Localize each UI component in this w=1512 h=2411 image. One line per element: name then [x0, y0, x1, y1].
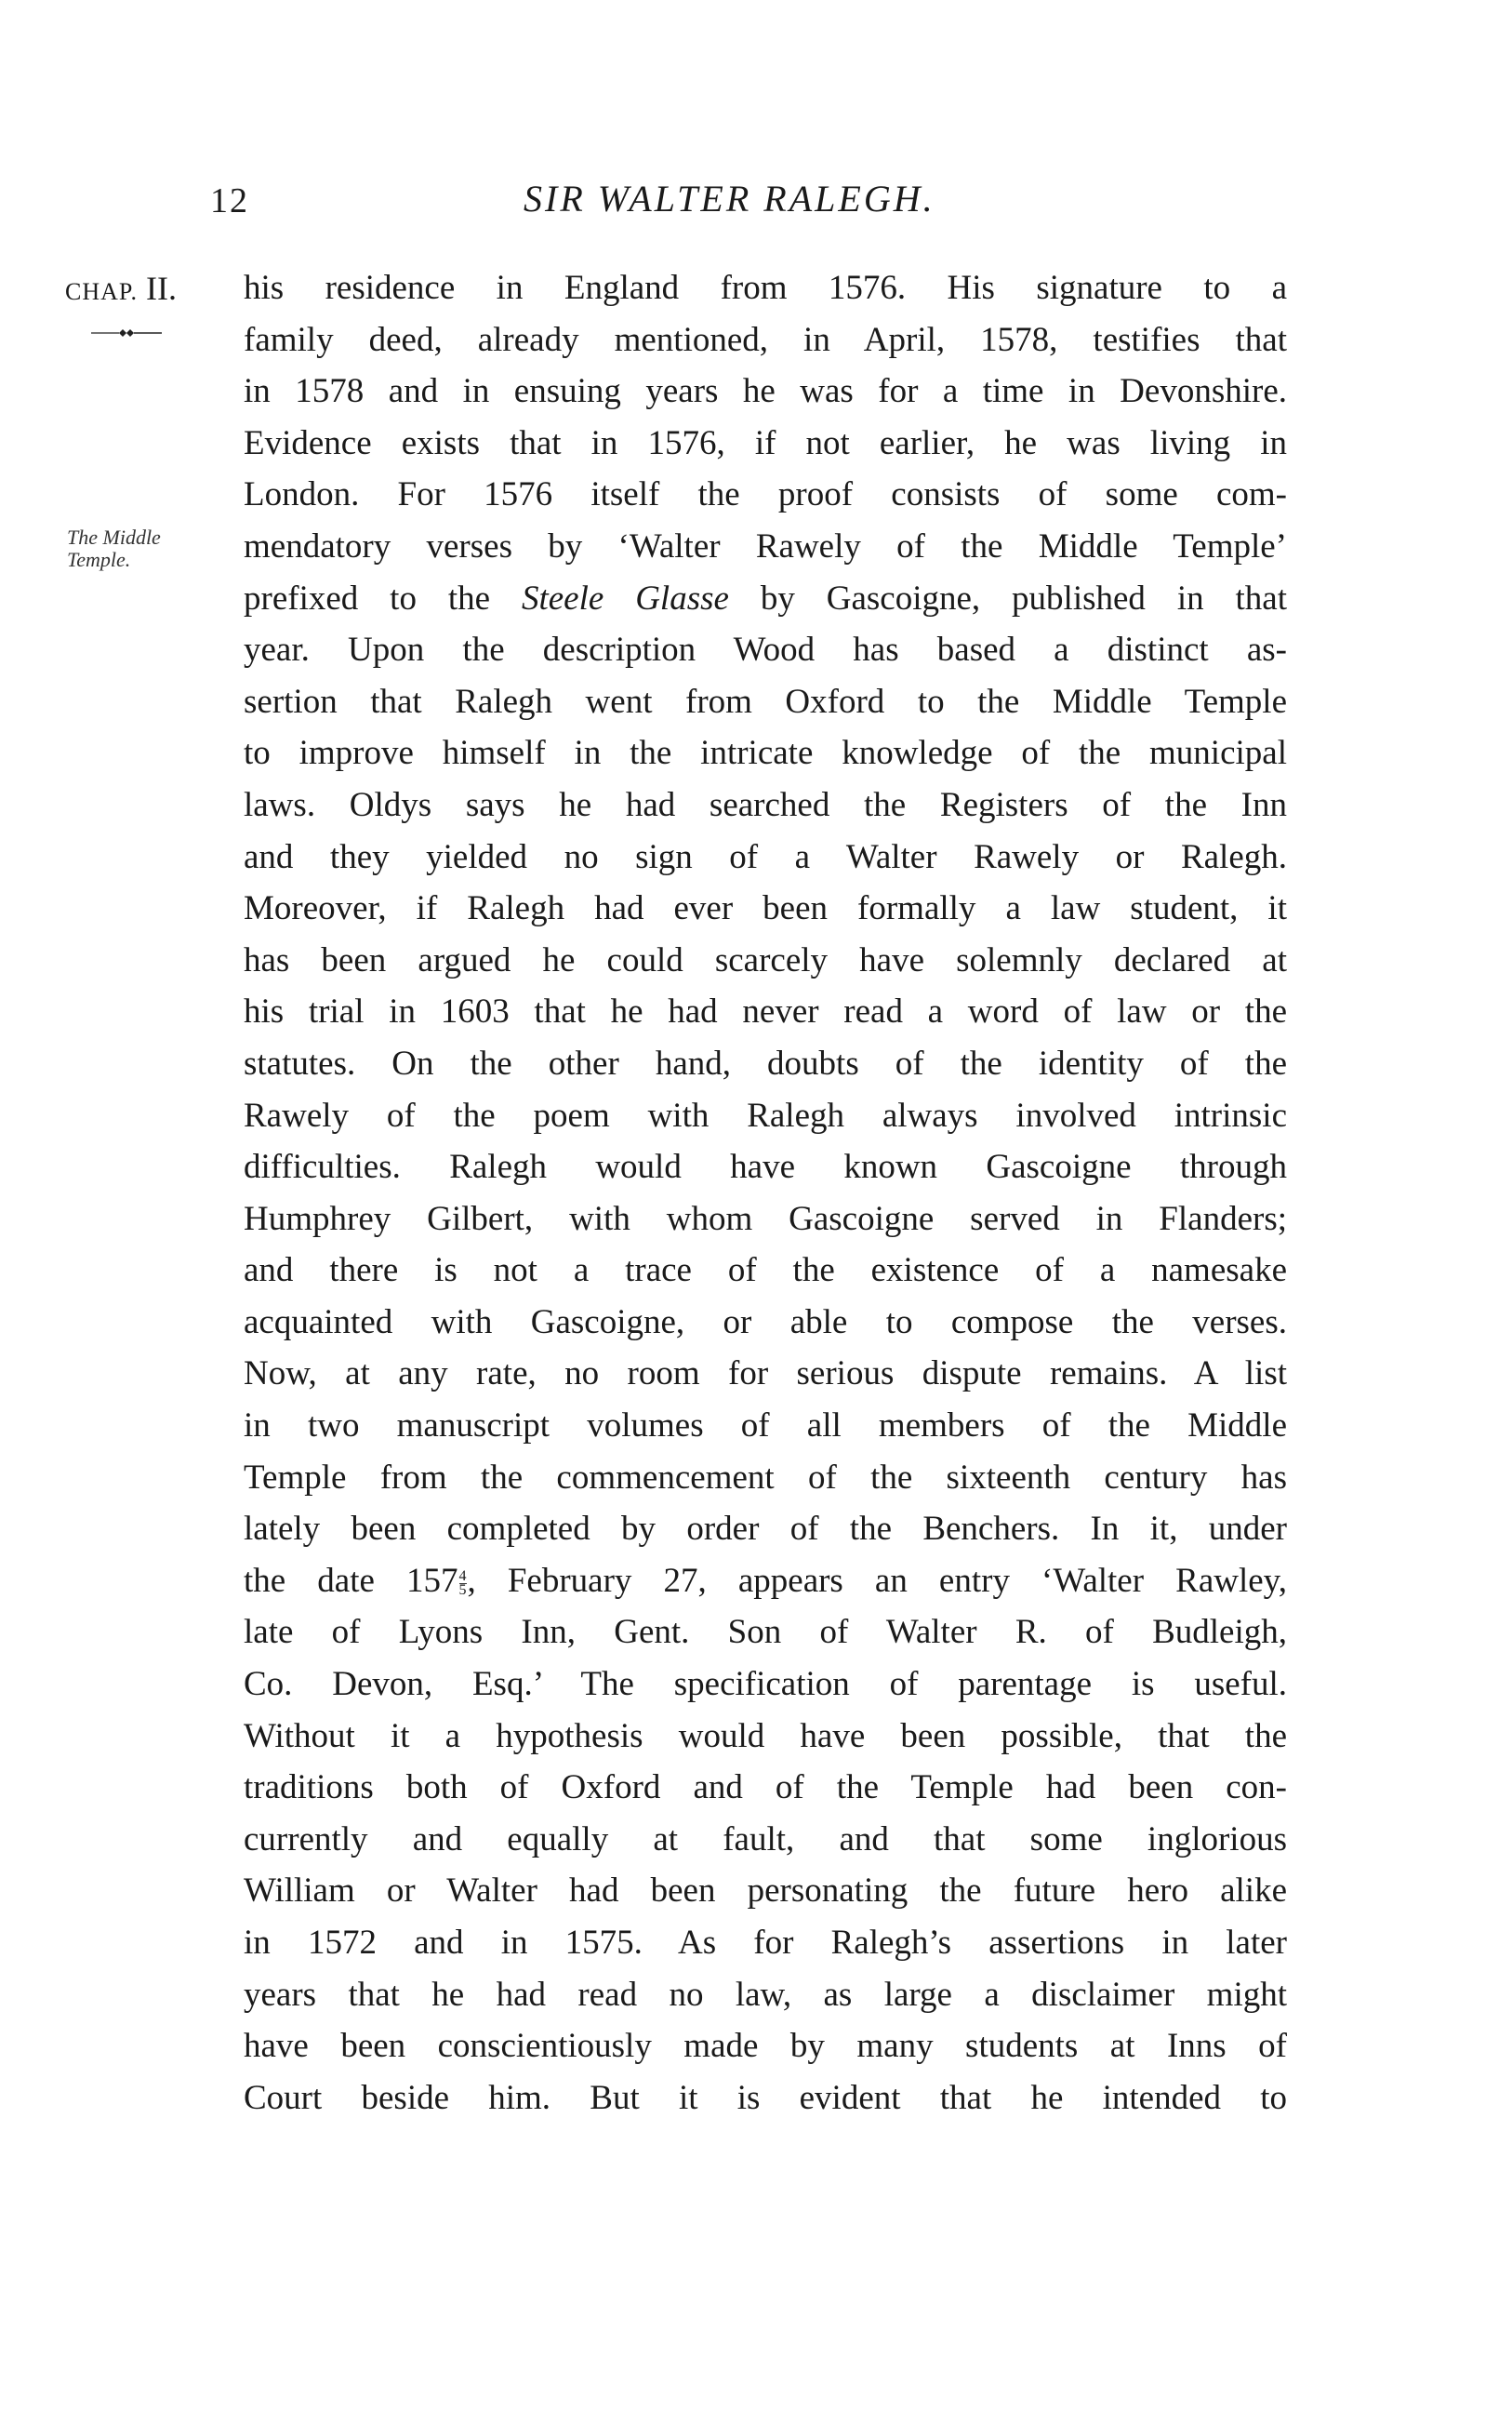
- text-line: Rawely of the poem with Ralegh always in…: [244, 1090, 1287, 1142]
- book-page: 12 SIR WALTER RALEGH. Chap. II. The Midd…: [0, 0, 1512, 2411]
- side-note-line: The Middle: [67, 526, 161, 549]
- text-line: Moreover, if Ralegh had ever been formal…: [244, 883, 1287, 935]
- text-line: family deed, already mentioned, in April…: [244, 314, 1287, 366]
- text-line: sertion that Ralegh went from Oxford to …: [244, 676, 1287, 728]
- text-line: Court beside him. But it is evident that…: [244, 2072, 1287, 2125]
- text-line: difficulties. Ralegh would have known Ga…: [244, 1141, 1287, 1193]
- text-line: and there is not a trace of the existenc…: [244, 1245, 1287, 1297]
- italic-title: Steele Glasse: [522, 579, 729, 618]
- text-line: has been argued he could scarcely have s…: [244, 935, 1287, 987]
- text-line: to improve himself in the intricate know…: [244, 727, 1287, 779]
- text-line: Temple from the commencement of the sixt…: [244, 1452, 1287, 1504]
- page-number: 12: [210, 182, 249, 220]
- text-line: year. Upon the description Wood has base…: [244, 624, 1287, 676]
- text-line: currently and equally at fault, and that…: [244, 1814, 1287, 1866]
- chapter-label: Chap. II.: [65, 264, 177, 316]
- text-line: years that he had read no law, as large …: [244, 1969, 1287, 2021]
- text-line: and they yielded no sign of a Walter Raw…: [244, 832, 1287, 884]
- chapter-label-prefix: Chap.: [65, 278, 138, 305]
- chapter-label-numeral: II.: [146, 270, 177, 307]
- text-line: London. For 1576 itself the proof consis…: [244, 469, 1287, 521]
- text-line: lately been completed by order of the Be…: [244, 1503, 1287, 1555]
- text-line: Evidence exists that in 1576, if not ear…: [244, 418, 1287, 470]
- text-line: laws. Oldys says he had searched the Reg…: [244, 779, 1287, 832]
- text-line: Humphrey Gilbert, with whom Gascoigne se…: [244, 1193, 1287, 1245]
- side-note-line: Temple.: [67, 549, 161, 571]
- text-line: statutes. On the other hand, doubts of t…: [244, 1038, 1287, 1090]
- text-line: the date 15745, February 27, appears an …: [244, 1555, 1287, 1607]
- text-line: mendatory verses by ‘Walter Rawely of th…: [244, 521, 1287, 573]
- text-line: Co. Devon, Esq.’ The specification of pa…: [244, 1658, 1287, 1711]
- text-line: have been conscientiously made by many s…: [244, 2020, 1287, 2072]
- body-text: his residence in England from 1576. His …: [244, 262, 1287, 2124]
- text-line: traditions both of Oxford and of the Tem…: [244, 1762, 1287, 1814]
- text-line: his residence in England from 1576. His …: [244, 262, 1287, 314]
- text-line: acquainted with Gascoigne, or able to co…: [244, 1297, 1287, 1349]
- side-note: The Middle Temple.: [67, 526, 161, 571]
- text-line: in 1578 and in ensuing years he was for …: [244, 366, 1287, 418]
- fraction: 45: [459, 1570, 467, 1597]
- text-line: his trial in 1603 that he had never read…: [244, 986, 1287, 1038]
- text-line: prefixed to the Steele Glasse by Gascoig…: [244, 573, 1287, 625]
- text-line: Now, at any rate, no room for serious di…: [244, 1348, 1287, 1400]
- text-line: late of Lyons Inn, Gent. Son of Walter R…: [244, 1606, 1287, 1658]
- text-line: in 1572 and in 1575. As for Ralegh’s ass…: [244, 1917, 1287, 1969]
- text-line: Without it a hypothesis would have been …: [244, 1711, 1287, 1763]
- running-title: SIR WALTER RALEGH.: [524, 179, 914, 220]
- text-line: in two manuscript volumes of all members…: [244, 1400, 1287, 1452]
- double-diamond-rule-icon: [91, 327, 162, 339]
- text-line: William or Walter had been personating t…: [244, 1865, 1287, 1917]
